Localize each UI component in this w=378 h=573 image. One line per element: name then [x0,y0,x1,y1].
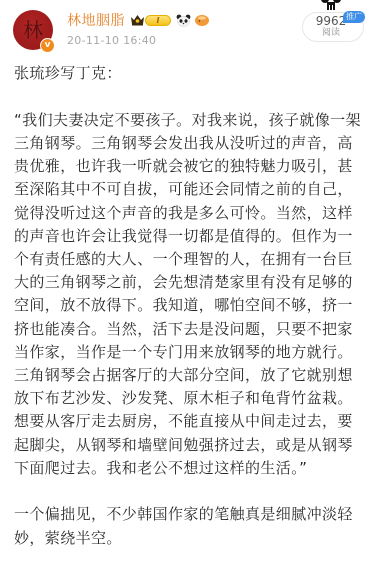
quote-line: 放下布艺沙发、沙发凳、原木柜子和龟背竹盆栽。 [14,387,366,410]
mickey-ears-icon [320,0,342,10]
quote-line: 三角钢琴。三角钢琴会发出我从没听过的声音，高 [14,132,366,155]
read-count: 9962 [316,15,347,28]
verified-badge-icon: v [40,38,55,53]
username[interactable]: 林地胭脂 [67,10,125,30]
level-badge[interactable]: I [145,15,171,26]
post-comment: 一个偏拙见，不少韩国作家的笔触真是细腻冲淡轻 妙，萦绕半空。 [14,503,366,540]
quote-line: 当作家，当作是一个专门用来放钢琴的地方就行。 [14,341,366,364]
post-timestamp: 20-11-10 16:40 [67,34,156,47]
comment-line: 一个偏拙见，不少韩国作家的笔触真是细腻冲淡轻 [14,503,366,526]
quote-line: 至深陷其中不可自拔，可能还会同情之前的自己， [14,178,366,201]
quote-line: “我们夫妻决定不要孩子。对我来说，孩子就像一架 [14,109,366,132]
post-header: 林 v 林地胭脂 I 20-11-10 16:40 [0,0,378,56]
post-body: 张琉珍写丁克： “我们夫妻决定不要孩子。对我来说，孩子就像一架 三角钢琴。三角钢… [14,62,366,540]
panda-icon [176,14,191,27]
quote-line: 挤也能凑合。当然，活下去是没问题，只要不把家 [14,318,366,341]
quote-line: 觉得没听过这个声音的我是多么可怜。当然，这样 [14,202,366,225]
quote-line: 起脚尖，从钢琴和墙壁间勉强挤过去，或是从钢琴 [14,434,366,457]
comment-line: 妙，萦绕半空。 [14,527,366,540]
quote-line: 个有责任感的大人、一个理智的人，在拥有一台巨 [14,248,366,271]
post-intro: 张琉珍写丁克： [14,62,366,85]
post-quote: “我们夫妻决定不要孩子。对我来说，孩子就像一架 三角钢琴。三角钢琴会发出我从没听… [14,109,366,480]
crown-icon [130,14,145,26]
quote-line: 想要从客厅走去厨房，不能直接从中间走过去，要 [14,410,366,433]
avatar-glyph: 林 [23,20,43,40]
quote-line: 大的三角钢琴之前，会先想清楚家里有没有足够的 [14,271,366,294]
post-intro-line: 张琉珍写丁克： [14,62,366,85]
quote-line: 三角钢琴会占据客厅的大部分空间，放了它就别想 [14,364,366,387]
quote-line: 空间，放不放得下。我知道，哪怕空间不够，挤一 [14,294,366,317]
promote-tag[interactable]: 推广 [343,11,365,23]
fish-icon [195,15,209,26]
read-label: 阅读 [322,28,340,39]
quote-line: 下面爬过去。我和老公不想过这样的生活。” [14,457,366,480]
quote-line: 贵优雅，也许我一听就会被它的独特魅力吸引，甚 [14,155,366,178]
quote-line: 的声音也许会让我觉得一切都是值得的。但作为一 [14,225,366,248]
name-row: 林地胭脂 I [67,10,209,30]
